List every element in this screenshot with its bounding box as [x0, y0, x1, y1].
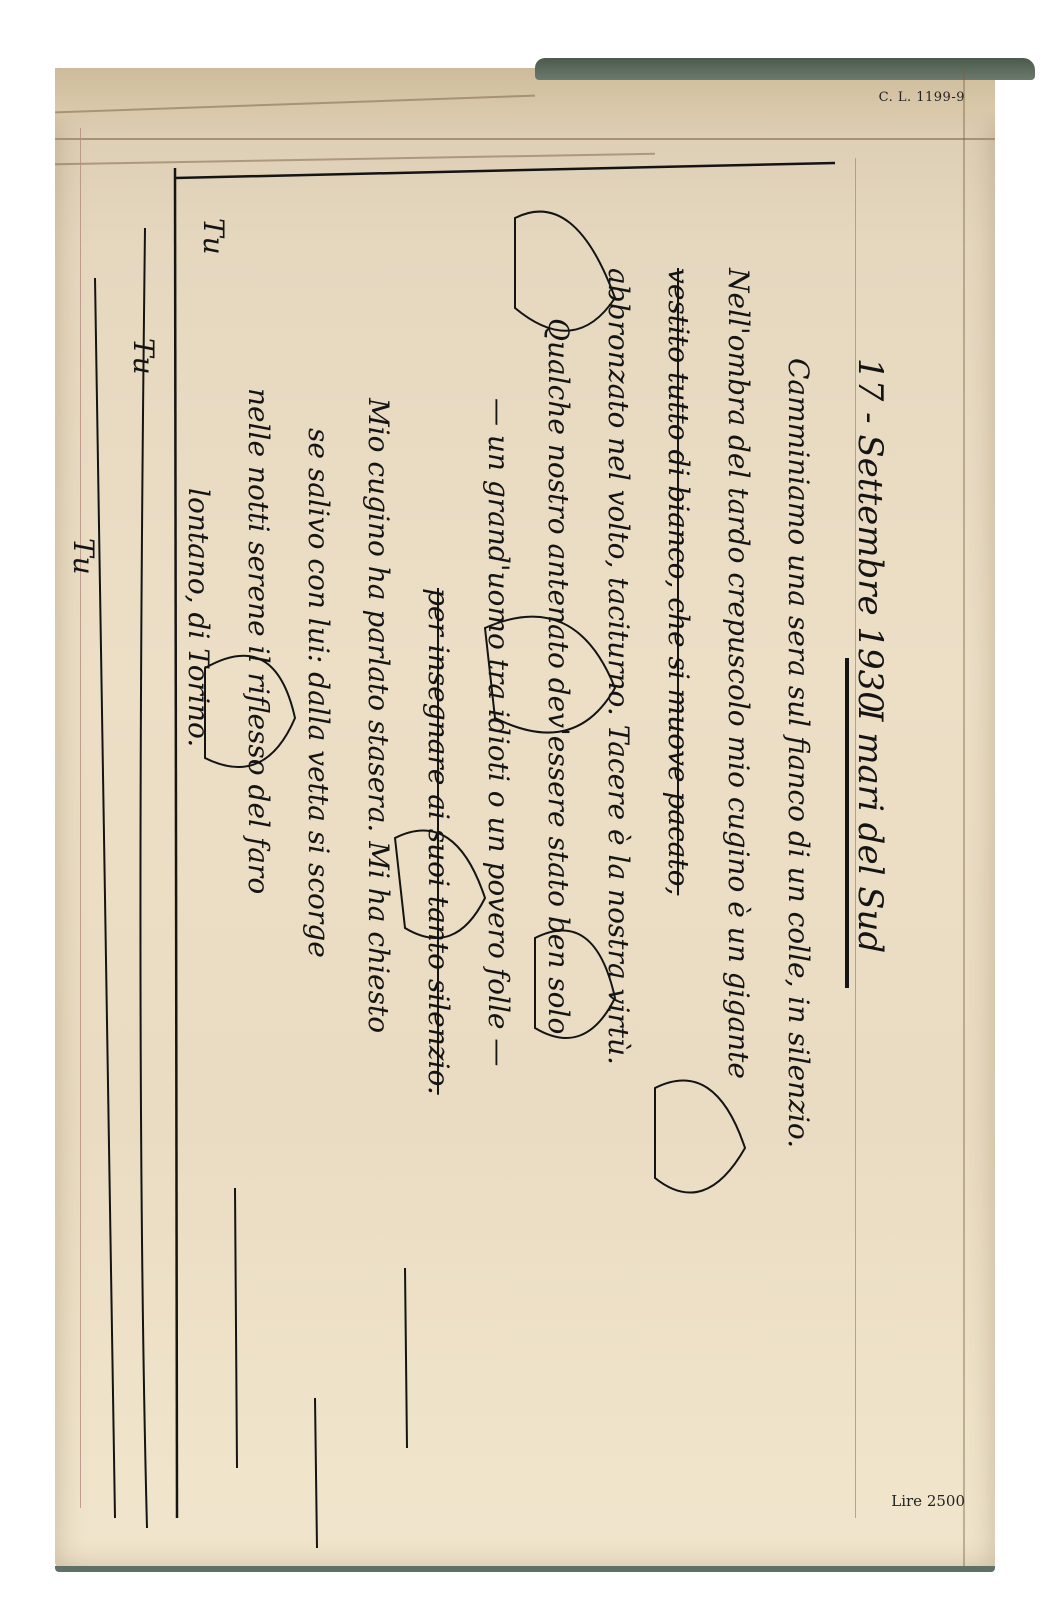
ink-revisions: [55, 68, 995, 1568]
bottom-cloth-edge: [55, 1566, 995, 1572]
notebook-cover: C. L. 1199-9 Lire 2500 17 - Settembre 19…: [55, 68, 995, 1568]
